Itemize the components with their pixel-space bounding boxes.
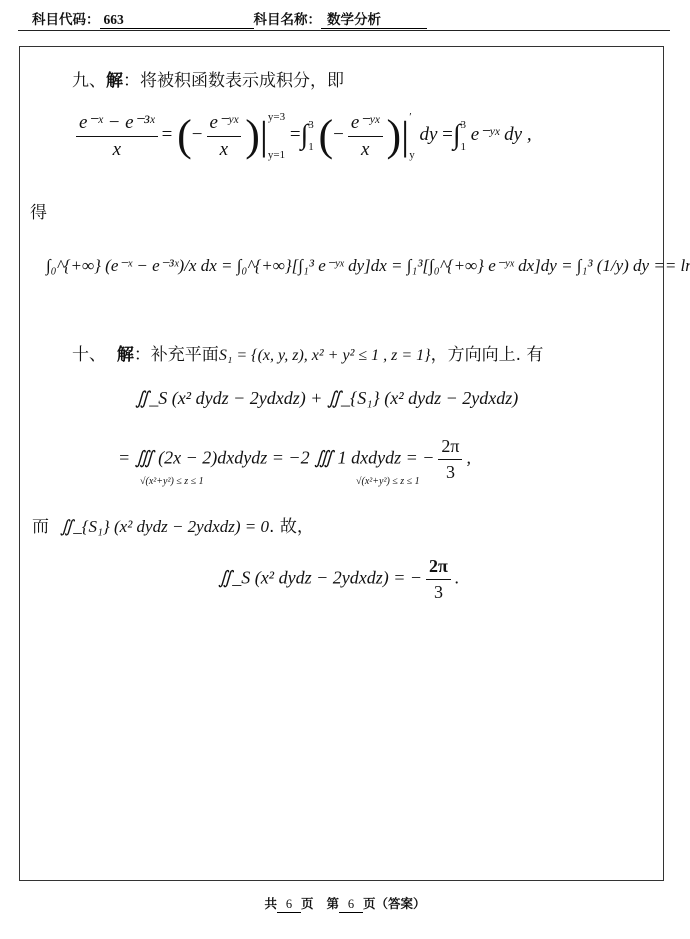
upper-limit: 3 bbox=[461, 119, 467, 131]
fraction-denominator: x bbox=[113, 137, 121, 161]
fraction-numerator: e⁻ʸˣ bbox=[207, 111, 242, 137]
total-label: 共 bbox=[264, 896, 277, 911]
equation-body: = ∭ (2x − 2)dxdydz = −2 ∭ 1 dxdydz = − bbox=[118, 448, 434, 468]
page-footer: 共6页 第6页（答案） bbox=[0, 894, 690, 913]
prime: ′ bbox=[409, 111, 415, 123]
problem9-intro: ：将被积函数表示成积分，即 bbox=[123, 71, 344, 91]
eval-upper: y=3 bbox=[268, 111, 285, 123]
subject-name-label: 科目名称： bbox=[254, 12, 322, 28]
plane-definition: S₁ = {(x, y, z), x² + y² ≤ 1 , z = 1} bbox=[219, 347, 431, 364]
problem10-final-equation: ∬_S (x² dydz − 2ydxdz) = −2π3. bbox=[218, 556, 459, 603]
subject-code-value: 663 bbox=[100, 12, 254, 29]
er-label: 而 bbox=[32, 517, 49, 537]
fraction-numerator: 2π bbox=[426, 556, 451, 580]
exam-header: 科目代码：663科目名称：数学分析 bbox=[32, 8, 427, 29]
upper-limit: 3 bbox=[308, 119, 314, 131]
subject-code-label: 科目代码： bbox=[32, 12, 100, 28]
problem10-equation1: ∬_S (x² dydz − 2ydxdz) + ∬_{S₁} (x² dydz… bbox=[135, 388, 518, 409]
fraction-denominator: 3 bbox=[434, 580, 443, 603]
eval-sub: y bbox=[409, 149, 415, 161]
fraction-numerator: e⁻ʸˣ bbox=[348, 111, 383, 137]
s1-integral-zero: ∬_{S₁} (x² dydz − 2ydxdz) = 0 bbox=[60, 517, 269, 536]
fraction-denominator: 3 bbox=[446, 460, 455, 483]
current-page: 6 bbox=[339, 897, 363, 913]
problem10-intro: ：补充平面 bbox=[134, 345, 219, 365]
lower-limit: 1 bbox=[461, 141, 467, 153]
problem9-number: 九、 bbox=[72, 71, 106, 91]
eval-lower: y=1 bbox=[268, 149, 285, 161]
fraction-denominator: x bbox=[220, 137, 228, 161]
answer-label: 页（答案） bbox=[363, 896, 426, 911]
fraction-denominator: x bbox=[361, 137, 369, 161]
problem9-equation2: ∫₀^{+∞} (e⁻ˣ − e⁻³ˣ)/x dx = ∫₀^{+∞}[∫₁³ … bbox=[46, 256, 690, 276]
integration-region-2: √(x²+y²) ≤ z ≤ 1 bbox=[356, 476, 420, 487]
current-label: 第 bbox=[327, 896, 340, 911]
integration-region-1: √(x²+y²) ≤ z ≤ 1 bbox=[140, 476, 204, 487]
solve-label: 解 bbox=[117, 345, 134, 365]
problem10-heading: 十、 解：补充平面S₁ = {(x, y, z), x² + y² ≤ 1 , … bbox=[72, 340, 543, 365]
gu-label: . 故， bbox=[269, 517, 314, 537]
problem10-conclusion-line: 而 ∬_{S₁} (x² dydz − 2ydxdz) = 0. 故， bbox=[32, 512, 314, 537]
equation-final-term: e⁻ʸˣ dy , bbox=[471, 124, 532, 145]
problem10-number: 十、 bbox=[72, 345, 106, 365]
equation-body: ∬_S (x² dydz − 2ydxdz) = − bbox=[218, 568, 422, 588]
problem9-equation1: e⁻ˣ − e⁻³ˣx= (−e⁻ʸˣx)|y=3y=1 =∫31 (−e⁻ʸˣ… bbox=[72, 110, 532, 161]
get-label: 得 bbox=[30, 198, 47, 223]
page-unit: 页 bbox=[301, 896, 314, 911]
fraction-numerator: 2π bbox=[438, 436, 462, 460]
fraction-numerator: e⁻ˣ − e⁻³ˣ bbox=[76, 111, 158, 137]
total-pages: 6 bbox=[277, 897, 301, 913]
subject-name-value: 数学分析 bbox=[321, 8, 427, 29]
problem9-heading: 九、解：将被积函数表示成积分，即 bbox=[72, 66, 344, 91]
lower-limit: 1 bbox=[308, 141, 314, 153]
solve-label: 解 bbox=[106, 71, 123, 91]
direction-text: ，方向向上. 有 bbox=[431, 345, 544, 365]
header-divider bbox=[18, 30, 670, 31]
